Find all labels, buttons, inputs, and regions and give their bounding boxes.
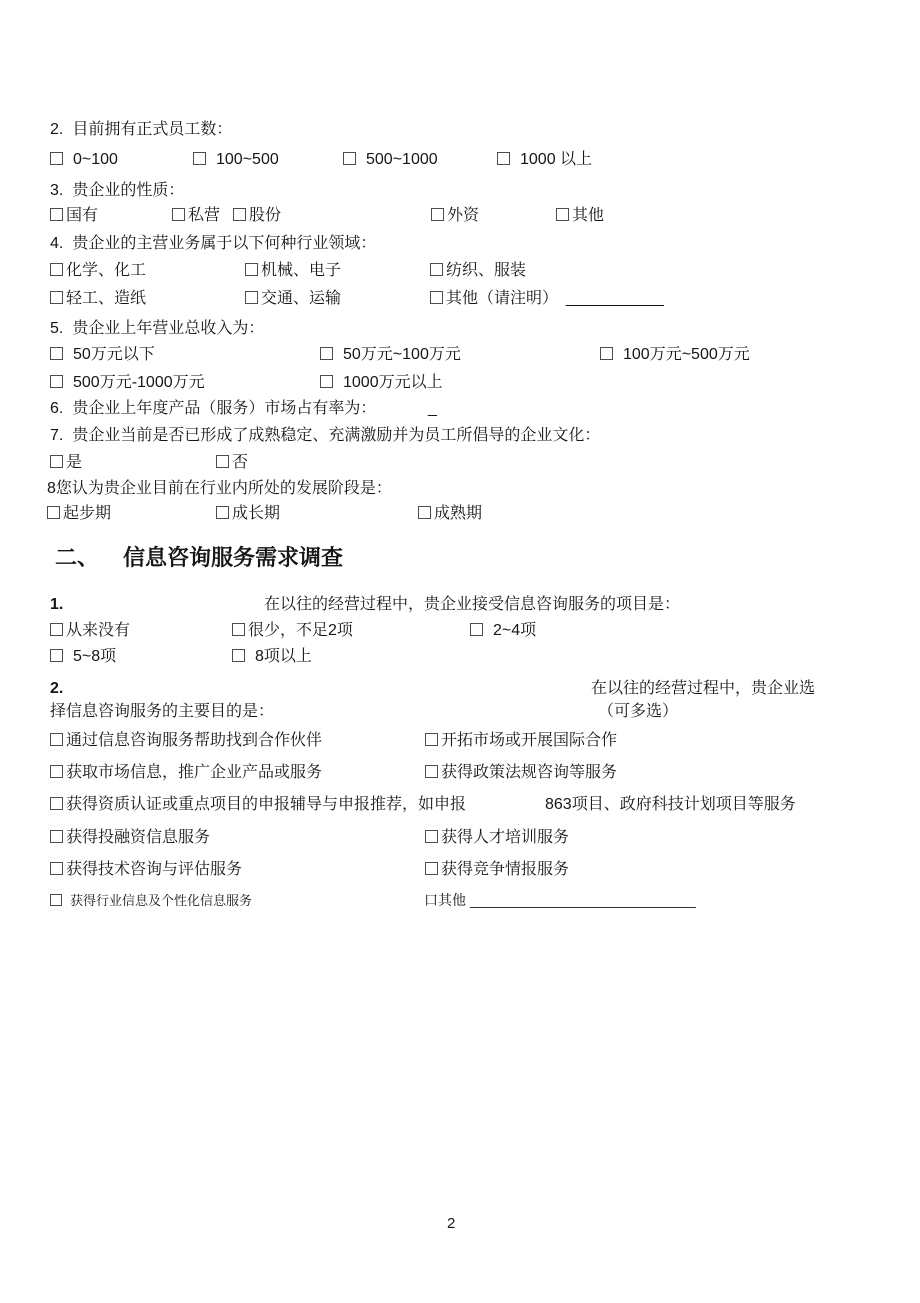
checkbox-icon [50,894,62,906]
checkbox-option: 轻工、造纸 [50,289,146,309]
option-label: 100万元~500万元 [623,346,750,363]
option-label: 是 [66,454,82,471]
option-label: 从来没有 [66,622,130,639]
option-label: 其他 [438,892,466,908]
option-label: 8项以上 [255,648,312,665]
section-heading-title: 信息咨询服务需求调查 [123,545,343,570]
checkbox-icon [216,506,229,519]
checkbox-icon [470,623,483,636]
question-number: 7. [50,426,63,446]
checkbox-icon [50,862,63,875]
checkbox-icon [172,208,185,221]
option-label: 机械、电子 [261,262,341,279]
checkbox-option: 5~8项 [50,647,116,667]
checkbox-option: 1000万元以上 [320,373,443,393]
checkbox-icon [232,623,245,636]
option-label: 50万元以下 [73,346,155,363]
checkbox-icon [245,263,258,276]
checkbox-icon [425,830,438,843]
checkbox-option: 机械、电子 [245,261,341,281]
option-label: 500万元-1000万元 [73,374,205,391]
checkbox-icon [50,263,63,276]
option-label: 获取市场信息，推广企业产品或服务 [66,764,322,781]
option-label: 化学、化工 [66,262,146,279]
checkbox-icon [50,455,63,468]
checkbox-icon [556,208,569,221]
checkbox-icon [425,765,438,778]
checkbox-option: 股份 [233,206,281,226]
checkbox-option: 成熟期 [418,504,482,524]
option-label: 1000万元以上 [343,374,443,391]
checkbox-option: 成长期 [216,504,280,524]
checkbox-option: 2~4项 [470,621,536,641]
checkbox-icon [50,347,63,360]
checkbox-icon [425,733,438,746]
checkbox-icon [430,291,443,304]
fill-in-blank: _____________________________ [470,892,696,909]
option-label: 获得资质认证或重点项目的申报辅导与申报推荐，如申报 [66,796,466,813]
checkbox-icon [430,263,443,276]
checkbox-option: 获得投融资信息服务 [50,828,210,848]
option-label: 起步期 [63,505,111,522]
checkbox-option: 获得行业信息及个性化信息服务 [50,892,252,909]
multi-select-note: （可多选） [598,702,678,722]
question-8: 8您认为贵企业目前在行业内所处的发展阶段是： [47,479,392,499]
checkbox-icon [497,152,510,165]
question-6: 6.贵企业上年度产品（服务）市场占有率为： [50,399,376,419]
question-number: 1. [50,595,63,615]
question-text: 贵企业的性质： [72,181,184,201]
checkbox-icon [50,623,63,636]
checkbox-option: 50万元以下 [50,345,155,365]
option-label: 获得人才培训服务 [441,829,569,846]
fill-in-blank: ___________ [566,289,664,309]
checkbox-icon [418,506,431,519]
option-label: 私营 [188,207,220,224]
checkbox-icon [431,208,444,221]
checkbox-icon [47,506,60,519]
checkbox-option-other: 其他（请注明）___________ [430,289,664,309]
option-label: 5~8项 [73,648,116,665]
checkbox-icon [50,375,63,388]
checkbox-option: 外资 [431,206,479,226]
checkbox-option: 交通、运输 [245,289,341,309]
option-label: 成长期 [232,505,280,522]
option-label: 2~4项 [493,622,536,639]
question-3: 3.贵企业的性质： [50,181,184,201]
option-label: 否 [232,454,248,471]
checkbox-icon [320,375,333,388]
checkbox-icon [50,208,63,221]
option-label: 获得行业信息及个性化信息服务 [70,893,252,908]
checkbox-icon [425,862,438,875]
checkbox-icon [50,830,63,843]
question-5: 5.贵企业上年营业总收入为： [50,319,264,339]
option-label: 股份 [249,207,281,224]
checkbox-icon [245,291,258,304]
checkbox-option: 通过信息咨询服务帮助找到合作伙伴 [50,731,322,751]
checkbox-icon: 口 [424,892,438,908]
section-heading-number: 二、 [55,545,99,570]
question-number: 5. [50,319,63,339]
checkbox-icon [600,347,613,360]
checkbox-icon [50,152,63,165]
checkbox-option: 纺织、服装 [430,261,526,281]
checkbox-option: 其他 [556,206,604,226]
checkbox-icon [50,649,63,662]
checkbox-option: 50万元~100万元 [320,345,461,365]
option-label: 纺织、服装 [446,262,526,279]
option-label: 获得技术咨询与评估服务 [66,861,242,878]
question-7: 7.贵企业当前是否已形成了成熟稳定、充满激励并为员工所倡导的企业文化： [50,426,600,446]
question-text: 目前拥有正式员工数： [72,120,232,140]
question-text: 您认为贵企业目前在行业内所处的发展阶段是： [56,479,392,499]
checkbox-option: 100~500 [193,150,279,170]
option-label: 100~500 [216,151,279,168]
checkbox-icon [216,455,229,468]
checkbox-option-other: 口其他_____________________________ [424,892,696,909]
checkbox-option: 起步期 [47,504,111,524]
option-label: 开拓市场或开展国际合作 [441,732,617,749]
page-number: 2 [447,1214,455,1234]
question-number: 8 [47,479,56,499]
checkbox-icon [50,291,63,304]
checkbox-option: 500万元-1000万元 [50,373,205,393]
fill-in-blank: _ [428,399,437,419]
question-text: 贵企业的主营业务属于以下何种行业领域： [72,234,376,254]
checkbox-option: 私营 [172,206,220,226]
option-label: 获得竞争情报服务 [441,861,569,878]
checkbox-icon [50,765,63,778]
checkbox-option: 很少，不足2项 [232,621,353,641]
checkbox-option: 8项以上 [232,647,312,667]
checkbox-icon [343,152,356,165]
checkbox-option: 0~100 [50,150,118,170]
question-text: 在以往的经营过程中，贵企业接受信息咨询服务的项目是： [264,595,680,615]
question-text: 在以往的经营过程中，贵企业选 [591,679,815,699]
question-number: 2. [50,679,63,699]
checkbox-option: 获得政策法规咨询等服务 [425,763,617,783]
option-label: 1000 以上 [520,151,592,168]
question-number: 2. [50,120,63,140]
document-page: 2.目前拥有正式员工数： 0~100 100~500 500~1000 1000… [0,0,920,1303]
checkbox-option: 获得资质认证或重点项目的申报辅导与申报推荐，如申报 [50,795,466,815]
option-label: 0~100 [73,151,118,168]
question-text: 贵企业上年营业总收入为： [72,319,264,339]
checkbox-option: 是 [50,453,82,473]
option-label: 获得投融资信息服务 [66,829,210,846]
question-text: 择信息咨询服务的主要目的是： [50,702,274,722]
question-number: 6. [50,399,63,419]
option-label: 通过信息咨询服务帮助找到合作伙伴 [66,732,322,749]
option-label: 外资 [447,207,479,224]
checkbox-icon [233,208,246,221]
checkbox-option: 开拓市场或开展国际合作 [425,731,617,751]
checkbox-option: 获得竞争情报服务 [425,860,569,880]
checkbox-option: 100万元~500万元 [600,345,750,365]
checkbox-option: 从来没有 [50,621,130,641]
question-4: 4.贵企业的主营业务属于以下何种行业领域： [50,234,376,254]
option-label: 其他（请注明） [446,290,558,307]
section-heading: 二、信息咨询服务需求调查 [55,544,343,572]
question-number: 3. [50,181,63,201]
question-number: 4. [50,234,63,254]
checkbox-option: 500~1000 [343,150,438,170]
checkbox-option: 国有 [50,206,98,226]
option-label: 成熟期 [434,505,482,522]
checkbox-icon [232,649,245,662]
checkbox-option: 获得人才培训服务 [425,828,569,848]
checkbox-icon [50,733,63,746]
question-2: 2.目前拥有正式员工数： [50,120,232,140]
option-label: 轻工、造纸 [66,290,146,307]
checkbox-option: 获得技术咨询与评估服务 [50,860,242,880]
checkbox-icon [50,797,63,810]
question-text: 贵企业上年度产品（服务）市场占有率为： [72,399,376,419]
option-label-continued: 863项目、政府科技计划项目等服务 [545,795,796,815]
option-label: 获得政策法规咨询等服务 [441,764,617,781]
option-label: 500~1000 [366,151,438,168]
checkbox-option: 否 [216,453,248,473]
question-text: 贵企业当前是否已形成了成熟稳定、充满激励并为员工所倡导的企业文化： [72,426,600,446]
option-label: 其他 [572,207,604,224]
option-label: 国有 [66,207,98,224]
checkbox-icon [320,347,333,360]
checkbox-icon [193,152,206,165]
option-label: 50万元~100万元 [343,346,461,363]
option-label: 很少，不足2项 [248,622,353,639]
checkbox-option: 获取市场信息，推广企业产品或服务 [50,763,322,783]
checkbox-option: 化学、化工 [50,261,146,281]
checkbox-option: 1000 以上 [497,150,592,170]
option-label: 交通、运输 [261,290,341,307]
